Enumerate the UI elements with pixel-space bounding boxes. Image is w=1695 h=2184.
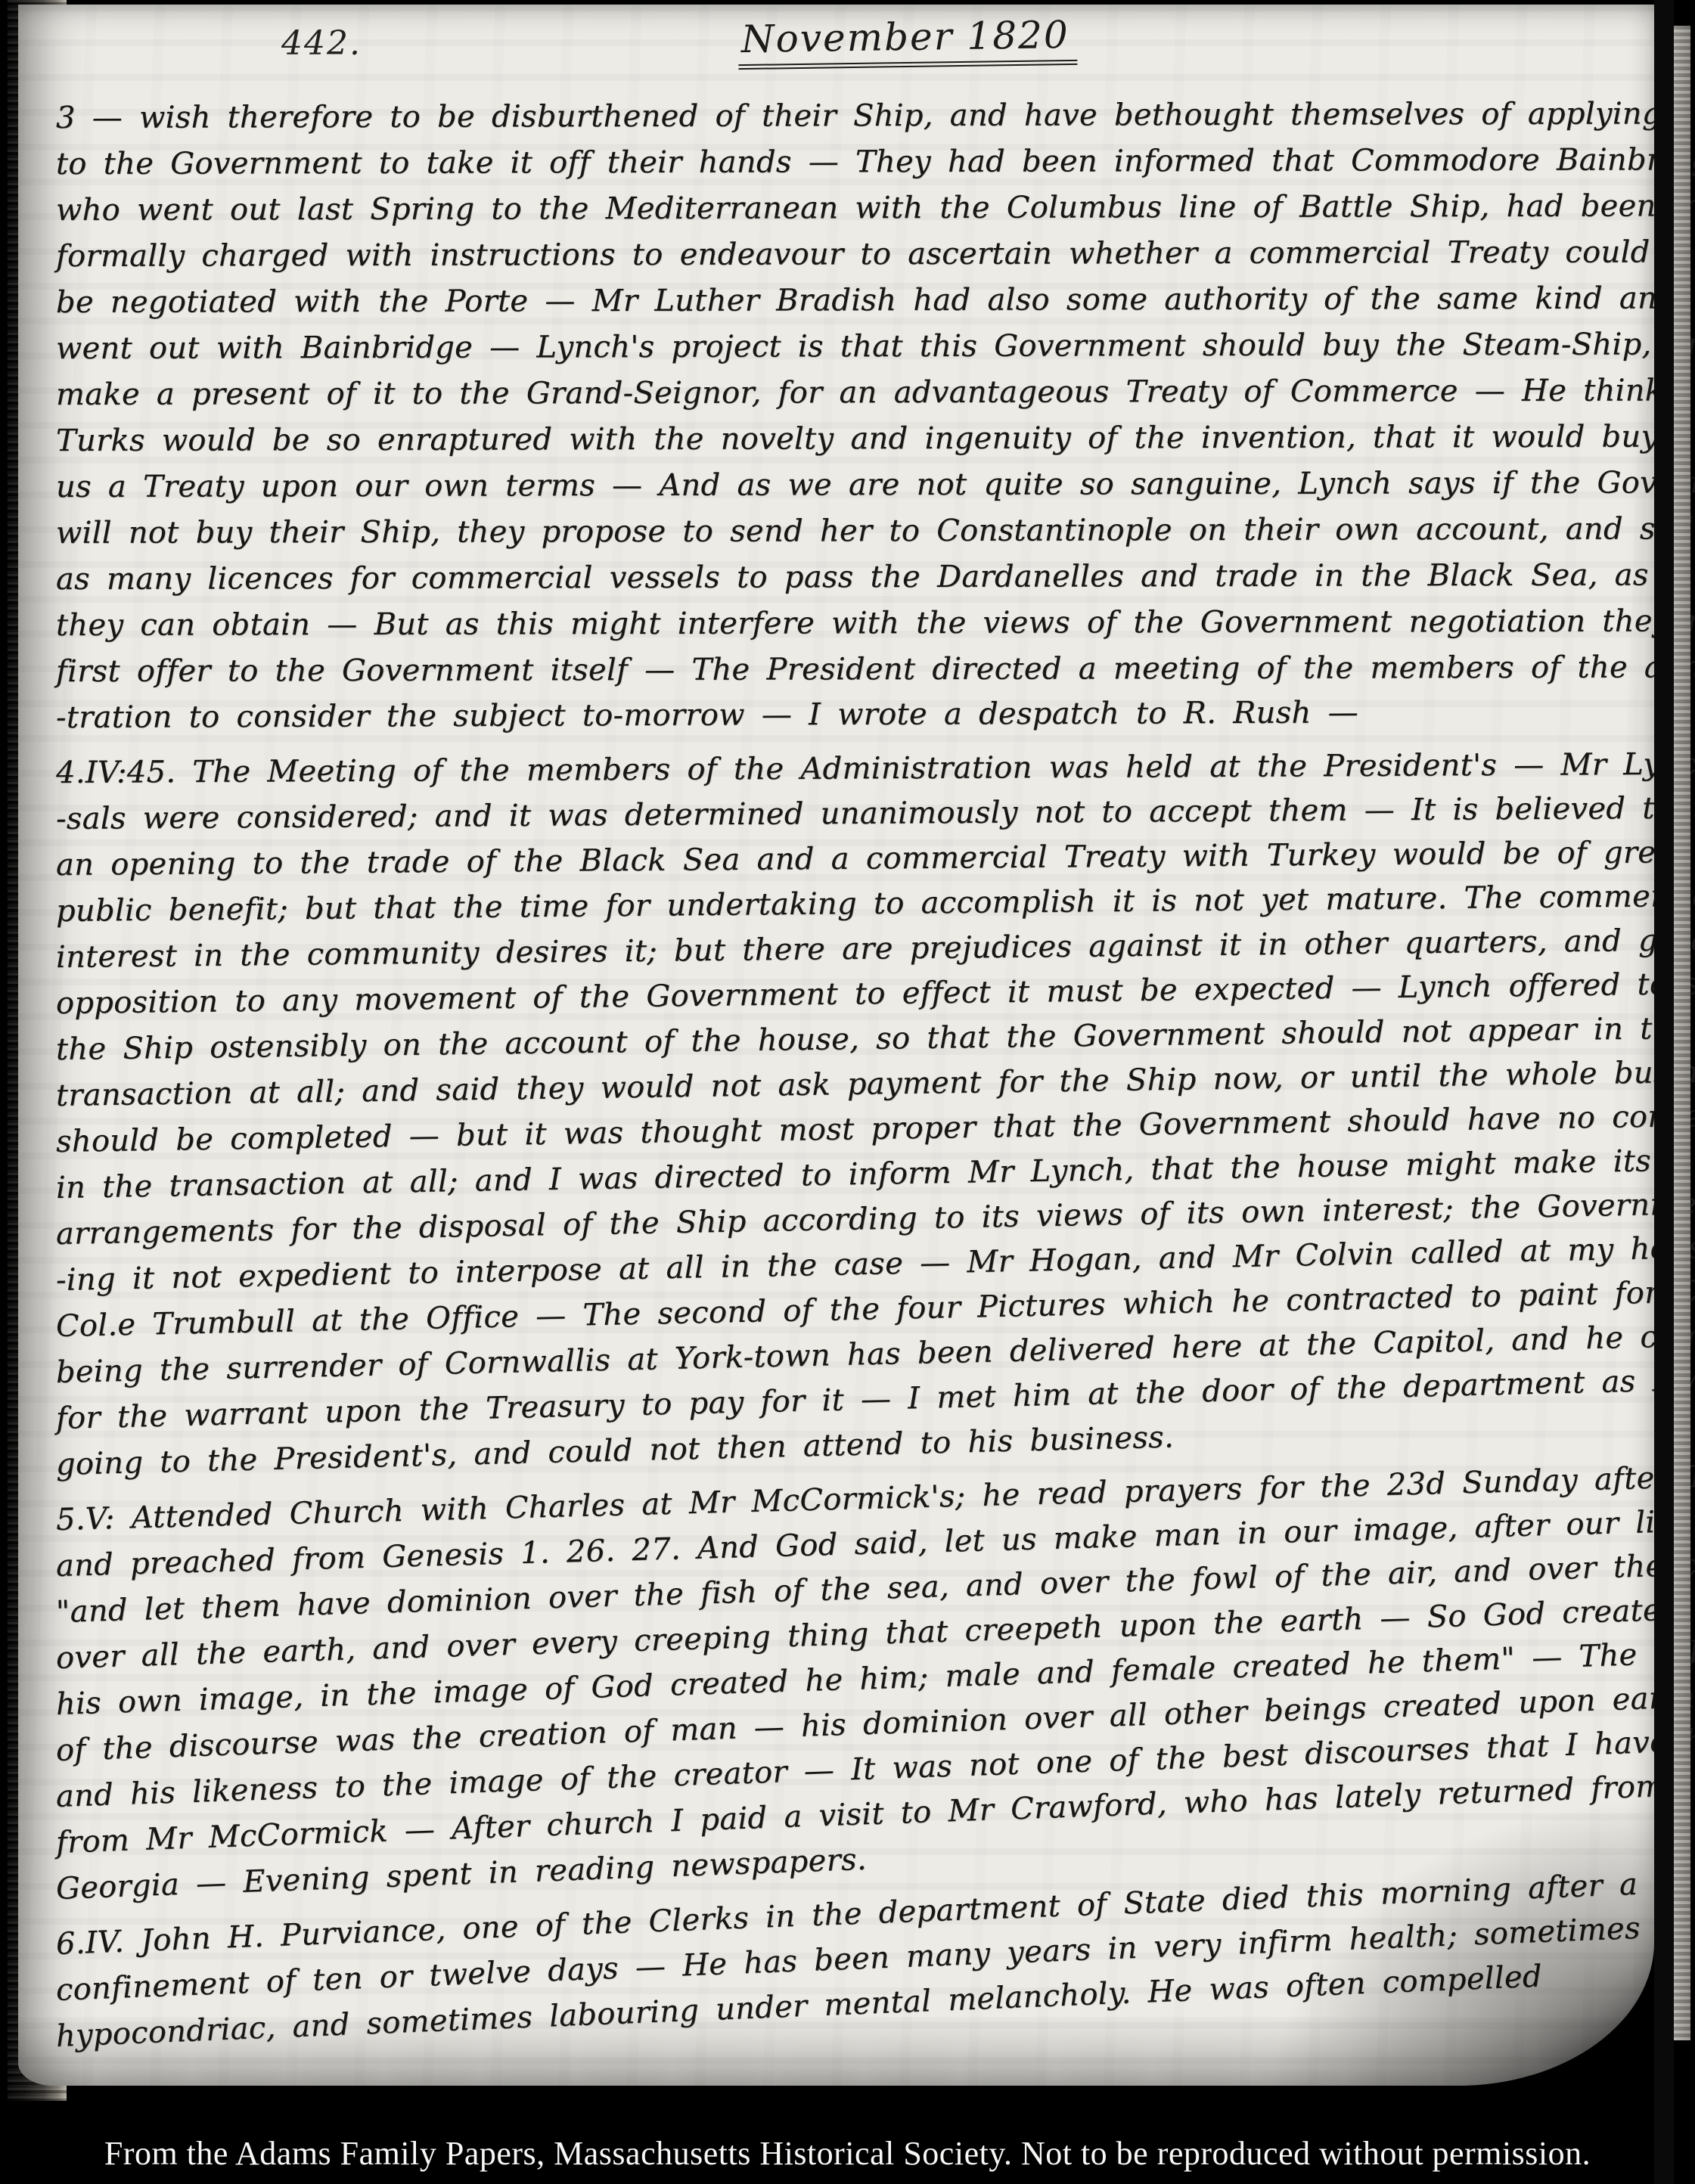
right-edge-band xyxy=(1654,0,1674,2184)
page-number: 442. xyxy=(281,24,362,63)
manuscript-line: 3 — wish therefore to be disburthened of… xyxy=(56,92,1642,141)
manuscript-line: who went out last Spring to the Mediterr… xyxy=(56,184,1642,234)
page-header-text: November 1820 xyxy=(738,13,1078,70)
scanned-page: 442. November 1820 3 — wish therefore to… xyxy=(0,0,1695,2184)
manuscript-line: -tration to consider the subject to-morr… xyxy=(56,689,1642,741)
manuscript-line: to the Government to take it off their h… xyxy=(56,138,1642,188)
manuscript-line: Turks would be so enraptured with the no… xyxy=(56,414,1642,464)
page-header: November 1820 xyxy=(738,13,1078,70)
manuscript-line: they can obtain — But as this might inte… xyxy=(56,599,1642,649)
manuscript-text: 3 — wish therefore to be disburthened of… xyxy=(56,95,1642,2086)
manuscript-line: as many licences for commercial vessels … xyxy=(56,553,1642,603)
manuscript-line: went out with Bainbridge — Lynch's proje… xyxy=(56,322,1642,372)
manuscript-line: will not buy their Ship, they propose to… xyxy=(56,507,1642,557)
archive-caption: From the Adams Family Papers, Massachuse… xyxy=(0,2134,1695,2173)
manuscript-line: make a present of it to the Grand-Seigno… xyxy=(56,368,1642,418)
manuscript-line: formally charged with instructions to en… xyxy=(56,230,1642,280)
facing-pages-fore-edge xyxy=(1674,26,1690,2040)
manuscript-line: us a Treaty upon our own terms — And as … xyxy=(56,461,1642,510)
manuscript-line: first offer to the Government itself — T… xyxy=(56,645,1642,695)
page: 442. November 1820 3 — wish therefore to… xyxy=(18,5,1654,2086)
manuscript-line: be negotiated with the Porte — Mr Luther… xyxy=(56,276,1642,326)
